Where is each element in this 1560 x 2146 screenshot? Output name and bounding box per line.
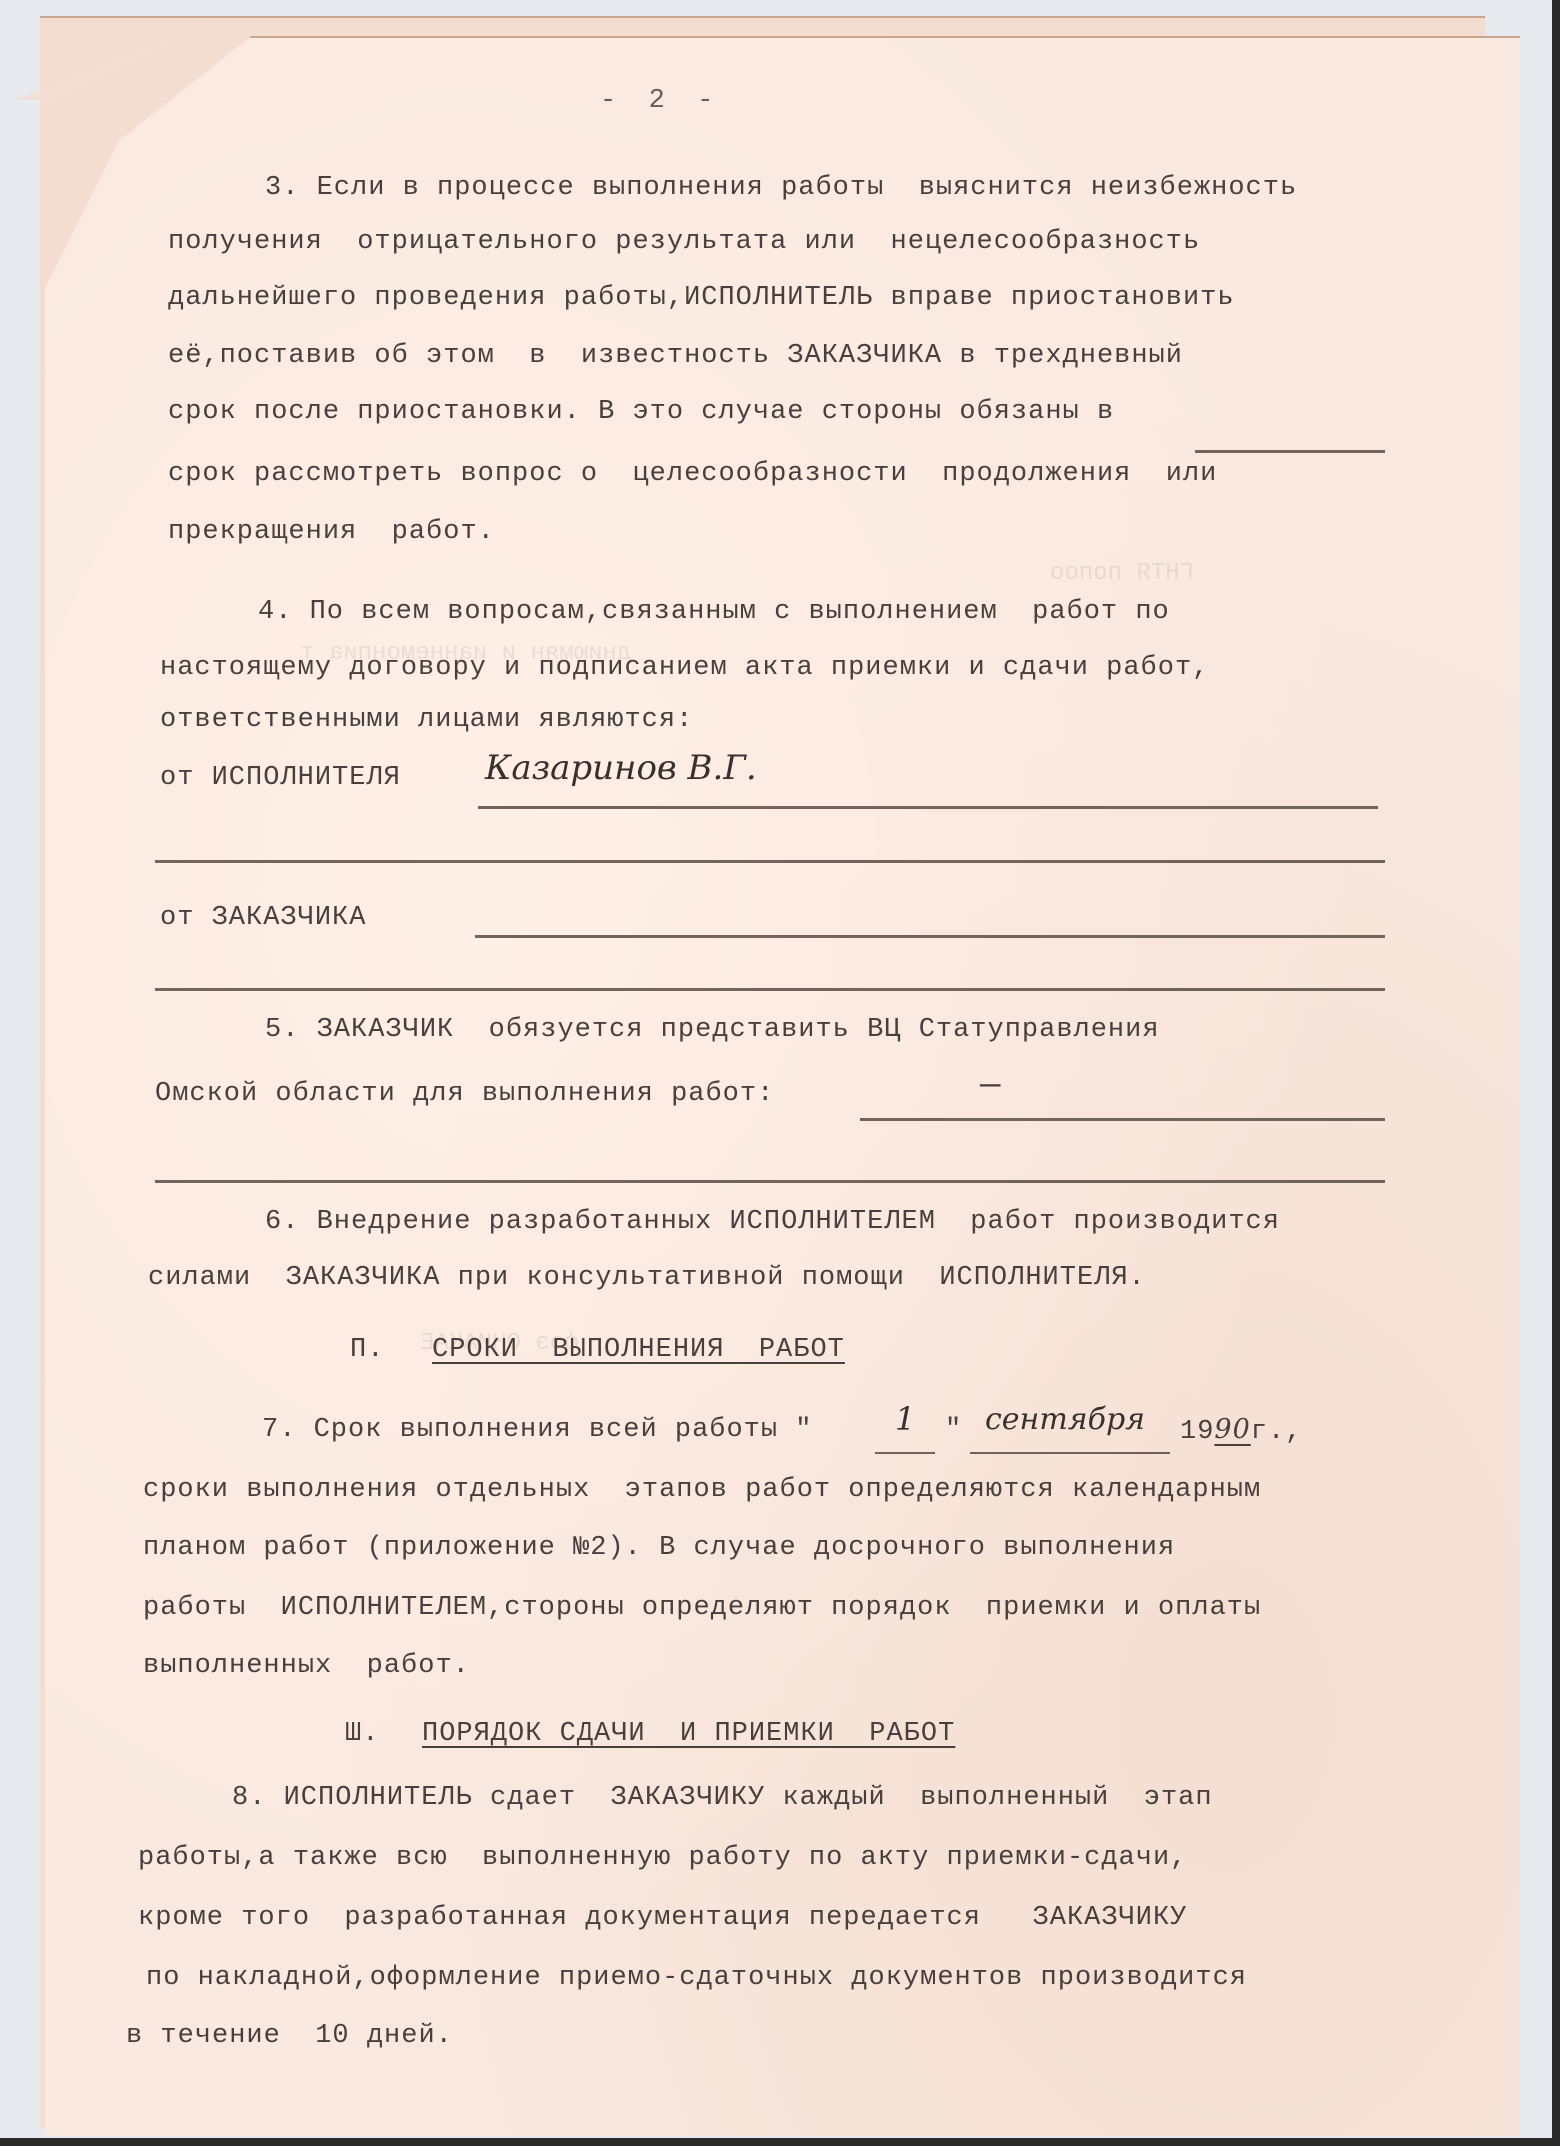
p7-line-1: 7. Срок выполнения всей работы " <box>262 1414 812 1446</box>
p7-month[interactable]: сентября <box>985 1402 1145 1437</box>
p5-field-line <box>860 1118 1385 1121</box>
p4-line-2: настоящему договору и подписанием акта п… <box>160 652 1209 684</box>
p3-line-2: получения отрицательного результата или … <box>168 226 1200 258</box>
p3-line-3: дальнейшего проведения работы,ИСПОЛНИТЕЛ… <box>168 282 1235 314</box>
p7-line-5: выполненных работ. <box>143 1650 470 1682</box>
p4-line-3: ответственными лицами являются: <box>160 704 693 736</box>
p7-year-end: г., <box>1251 1417 1303 1447</box>
p7-year-suffix[interactable]: 90 <box>1214 1414 1250 1445</box>
customer-field-line-2 <box>155 988 1385 991</box>
section-3-number: Ш. <box>345 1718 379 1750</box>
p7-month-line <box>970 1452 1170 1454</box>
executor-field-line <box>478 806 1378 809</box>
p6-line-1: 6. Внедрение разработанных ИСПОЛНИТЕЛЕМ … <box>265 1206 1280 1238</box>
section-2-number: П. <box>350 1334 384 1366</box>
bleed-through-text: ГНТЯ попоо <box>1050 560 1194 587</box>
section-3-title: ПОРЯДОК СДАЧИ И ПРИЕМКИ РАБОТ <box>422 1718 955 1750</box>
p5-dash-value[interactable]: — <box>980 1070 1001 1102</box>
p3-line-4: её,поставив об этом в известность ЗАКАЗЧ… <box>168 340 1183 372</box>
p7-year-prefix: 19 <box>1180 1417 1214 1447</box>
p8-line-4: по накладной,оформление приемо-сдаточных… <box>146 1962 1247 1994</box>
executor-signature-name[interactable]: Казаринов В.Г. <box>485 748 757 788</box>
section-2-title: СРОКИ ВЫПОЛНЕНИЯ РАБОТ <box>432 1334 845 1366</box>
p8-line-1: 8. ИСПОЛНИТЕЛЬ сдает ЗАКАЗЧИКУ каждый вы… <box>232 1782 1213 1814</box>
p5-field-line-2 <box>155 1180 1385 1183</box>
p7-line-2: сроки выполнения отдельных этапов работ … <box>143 1474 1261 1506</box>
executor-label: от ИСПОЛНИТЕЛЯ <box>160 762 401 794</box>
page-number: - 2 - <box>600 86 713 116</box>
p7-prefix: 7. Срок выполнения всей работы " <box>262 1415 812 1445</box>
scanner-frame-right <box>1552 0 1560 2146</box>
p6-line-2: силами ЗАКАЗЧИКА при консультативной пом… <box>148 1262 1146 1294</box>
p7-day[interactable]: 1 <box>895 1400 915 1438</box>
p7-day-line <box>875 1452 935 1454</box>
p7-year: 1990г., <box>1180 1414 1302 1448</box>
p8-line-5: в течение 10 дней. <box>126 2020 453 2052</box>
p3-line-7: прекращения работ. <box>168 516 495 548</box>
p7-line-4: работы ИСПОЛНИТЕЛЕМ,стороны определяют п… <box>143 1592 1261 1624</box>
p3-line-5: срок после приостановки. В это случае ст… <box>168 396 1114 428</box>
p8-line-3: кроме того разработанная документация пе… <box>138 1902 1187 1934</box>
p5-line-2: Омской области для выполнения работ: <box>155 1078 774 1110</box>
p8-line-2: работы,а также всю выполненную работу по… <box>138 1842 1187 1874</box>
p3-line-1: 3. Если в процессе выполнения работы выя… <box>265 172 1297 204</box>
blank-term-field[interactable] <box>1195 450 1385 453</box>
p7-quote: " <box>945 1414 962 1446</box>
p7-line-3: планом работ (приложение №2). В случае д… <box>143 1532 1175 1564</box>
customer-label: от ЗАКАЗЧИКА <box>160 902 366 934</box>
customer-field-line <box>475 935 1385 938</box>
scanner-frame-bottom <box>0 2138 1560 2146</box>
executor-field-line-2 <box>155 860 1385 863</box>
p3-line-6: срок рассмотреть вопрос о целесообразнос… <box>168 458 1217 490</box>
p5-line-1: 5. ЗАКАЗЧИК обязуется представить ВЦ Ста… <box>265 1014 1160 1046</box>
p4-line-1: 4. По всем вопросам,связанным с выполнен… <box>258 596 1170 628</box>
